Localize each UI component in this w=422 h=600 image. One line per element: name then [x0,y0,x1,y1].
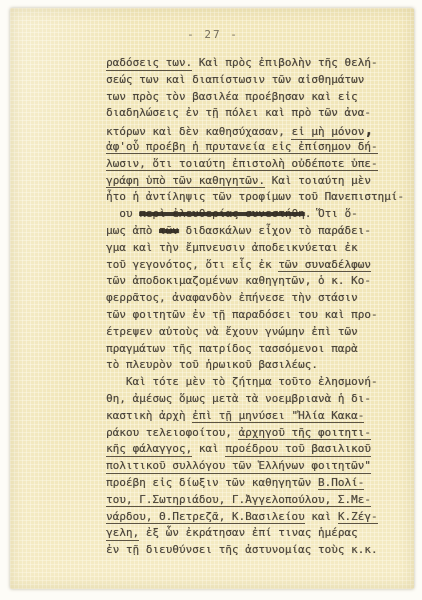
underlined-text: Κ.Ζέγ- [338,510,378,525]
text-line: πραγμάτων τῆς πατρίδος τασσόμενοι παρὰ [106,341,408,358]
typed-text: καὶ [192,442,225,455]
text-line: τὸ πλευρὸν τοῦ ἡρωικοῦ βασιλέως. [106,357,408,374]
typed-text: των πρὸς τὸν βασιλέα προέβησαν καὶ εἰς [106,90,358,103]
typed-text: τὸ πλευρὸν τοῦ ἡρωικοῦ βασιλέως. [106,358,318,371]
text-line: φερρᾶτος, ἀναφανδὸν ἐπήνεσε τὴν στάσιν [106,290,408,307]
typed-text: προέβη εἰς δίωξιν τῶν καθηγητῶν [106,476,318,489]
text-line: Καὶ τότε μὲν τὸ ζήτημα τοῦτο ἐλησμονή- [106,374,408,391]
text-line: λωσιν, ὅτι τοιαύτη ἐπιστολὴ οὐδέποτε ὑπε… [106,156,408,173]
struck-text: περὶ ἐλευθερίας συνεστήθη [139,207,305,220]
typed-text: έτρεψεν αὐτοὺς νὰ ἔχουν γνώμην ἐπὶ τῶν [106,325,358,338]
underlined-text: ἐπὶ τῇ μηνύσει "Ἠλία Κακα- [192,409,364,424]
typed-text: Καὶ πρὸς ἐπιβολὴν τῆς θελή- [192,56,377,69]
text-line: τῶν φοιτητῶν ἐν τῇ παραδόσει του καὶ προ… [106,307,408,324]
typed-text: θη, ἀμέσως ὅμως μετὰ τὰ νοεμβριανὰ ἡ δι- [106,392,371,405]
typed-text: διαδηλώσεις ἐν τῇ πόλει καὶ πρὸ τῶν ἀνα- [106,106,371,119]
typed-text: κτόρων καὶ δὲν καθησύχασαν, [106,125,291,138]
text-line: γμα καὶ τὴν ἔμπνευσιν ἀποδεικνύεται ἐκ [106,240,408,257]
underlined-text: τῶν συναδέλφων [278,258,371,273]
typed-text: τοῦ γεγονότος, ὅτι εἷς ἐκ [106,258,278,271]
text-line: κτόρων καὶ δὲν καθησύχασαν, εἰ μὴ μόνον, [106,122,408,139]
text-line: έτρεψεν αὐτοὺς νὰ ἔχουν γνώμην ἐπὶ τῶν [106,324,408,341]
text-line: μως ἀπὸ τῶν διδασκάλων εἶχον τὸ παράδει- [106,223,408,240]
typed-text: σεώς των καὶ διαπίστωσιν τῶν αἰσθημάτων [106,73,364,86]
underlined-text: ἀφ'οὗ προέβη ἡ πρυτανεία εἰς ἐπίσημον δή… [106,140,378,155]
text-line: σεώς των καὶ διαπίστωσιν τῶν αἰσθημάτων [106,72,408,89]
typed-text: καστικὴ ἀρχὴ [106,409,192,422]
text-line: προέβη εἰς δίωξιν τῶν καθηγητῶν Β.Πολί- [106,475,408,492]
text-line: τῶν ἀποδοκιμαζομένων καθηγητῶν, ὁ κ. Κο- [106,273,408,290]
pen-mark: , [364,121,373,139]
typed-text: ἐξ ὧν ἐκράτησαν ἐπί τινας ἡμέρας [139,526,358,539]
underlined-text: πολιτικοῦ συλλόγου τῶν Ἑλλήνων φοιτητῶν" [106,459,371,474]
text-line: ἐν τῇ διευθύνσει τῆς ἀστυνομίας τοὺς κ.κ… [106,542,408,559]
text-line: ραδόσεις των. Καὶ πρὸς ἐπιβολὴν τῆς θελή… [106,55,408,72]
page-number: - 27 - [178,28,248,41]
typed-text: καὶ [305,510,338,523]
typed-text: γμα καὶ τὴν ἔμπνευσιν ἀποδεικνύεται ἐκ [106,241,358,254]
underlined-text: γελη, [106,526,139,541]
text-line: ράκου τελειοφοίτου, ἀρχηγοῦ τῆς φοιτητι- [106,425,408,442]
underlined-text: του, Γ.Σωτηριάδου, Γ.Ἀγγελοπούλου, Σ.Με- [106,493,371,508]
struck-text: τῶν [159,224,179,237]
underlined-text: νάρδου, Θ.Πετρεζᾶ, Κ.Βασιλείου [106,510,305,525]
scanned-paper-page: - 27 - ραδόσεις των. Καὶ πρὸς ἐπιβολὴν τ… [10,8,414,589]
underlined-text: εἰ μὴ μόνον [291,125,364,140]
text-line: ἦτο ἡ ἀντίληψις τῶν τροφίμων τοῦ Πανεπισ… [106,189,408,206]
typed-text: φερρᾶτος, ἀναφανδὸν ἐπήνεσε τὴν στάσιν [106,291,358,304]
typed-text: ράκου τελειοφοίτου, [106,426,238,439]
text-line: γράφη ὑπὸ τῶν καθηγητῶν. Καὶ τοιαύτη μὲν [106,173,408,190]
typed-text: τῶν φοιτητῶν ἐν τῇ παραδόσει του καὶ προ… [106,308,378,321]
typed-text: Καὶ τοιαύτη μὲν [265,174,371,187]
underlined-text: γράφη ὑπὸ τῶν καθηγητῶν. [106,174,265,189]
typed-text: Καὶ τότε μὲν τὸ ζήτημα τοῦτο ἐλησμονή- [106,375,378,388]
text-line: τοῦ γεγονότος, ὅτι εἷς ἐκ τῶν συναδέλφων [106,257,408,274]
underlined-text: προέδρου τοῦ βασιλικοῦ [225,442,371,457]
text-line: του, Γ.Σωτηριάδου, Γ.Ἀγγελοπούλου, Σ.Με- [106,492,408,509]
typed-text: . Ὅτι ὅ- [305,207,358,220]
document-lines: ραδόσεις των. Καὶ πρὸς ἐπιβολὴν τῆς θελή… [106,55,408,559]
text-line: διαδηλώσεις ἐν τῇ πόλει καὶ πρὸ τῶν ἀνα- [106,105,408,122]
text-line: γελη, ἐξ ὧν ἐκράτησαν ἐπί τινας ἡμέρας [106,525,408,542]
underlined-text: Β.Πολί- [318,476,364,491]
text-line: των πρὸς τὸν βασιλέα προέβησαν καὶ εἰς [106,89,408,106]
typed-text: πραγμάτων τῆς πατρίδος τασσόμενοι παρὰ [106,342,358,355]
text-line: νάρδου, Θ.Πετρεζᾶ, Κ.Βασιλείου καὶ Κ.Ζέγ… [106,509,408,526]
text-line: καστικὴ ἀρχὴ ἐπὶ τῇ μηνύσει "Ἠλία Κακα- [106,408,408,425]
typed-text: διδασκάλων εἶχον τὸ παράδει- [179,224,371,237]
underlined-text: κῆς φάλαγγος, [106,442,192,457]
underlined-text: ἀρχηγοῦ τῆς φοιτητι- [238,426,370,441]
text-line: κῆς φάλαγγος, καὶ προέδρου τοῦ βασιλικοῦ [106,441,408,458]
typed-text: μως ἀπὸ [106,224,159,237]
typed-text: ου [106,207,139,220]
typed-text: τῶν ἀποδοκιμαζομένων καθηγητῶν, ὁ κ. Κο- [106,274,371,287]
text-line: θη, ἀμέσως ὅμως μετὰ τὰ νοεμβριανὰ ἡ δι- [106,391,408,408]
typed-text: ἐν τῇ διευθύνσει τῆς ἀστυνομίας τοὺς κ.κ… [106,543,378,556]
underlined-text: λωσιν, ὅτι τοιαύτη ἐπιστολὴ οὐδέποτε ὑπε… [106,157,378,172]
text-line: ου περὶ ἐλευθερίας συνεστήθη. Ὅτι ὅ- [106,206,408,223]
typed-text: ἦτο ἡ ἀντίληψις τῶν τροφίμων τοῦ Πανεπισ… [106,190,404,203]
text-line: πολιτικοῦ συλλόγου τῶν Ἑλλήνων φοιτητῶν" [106,458,408,475]
text-line: ἀφ'οὗ προέβη ἡ πρυτανεία εἰς ἐπίσημον δή… [106,139,408,156]
underlined-text: ραδόσεις των. [106,56,192,71]
